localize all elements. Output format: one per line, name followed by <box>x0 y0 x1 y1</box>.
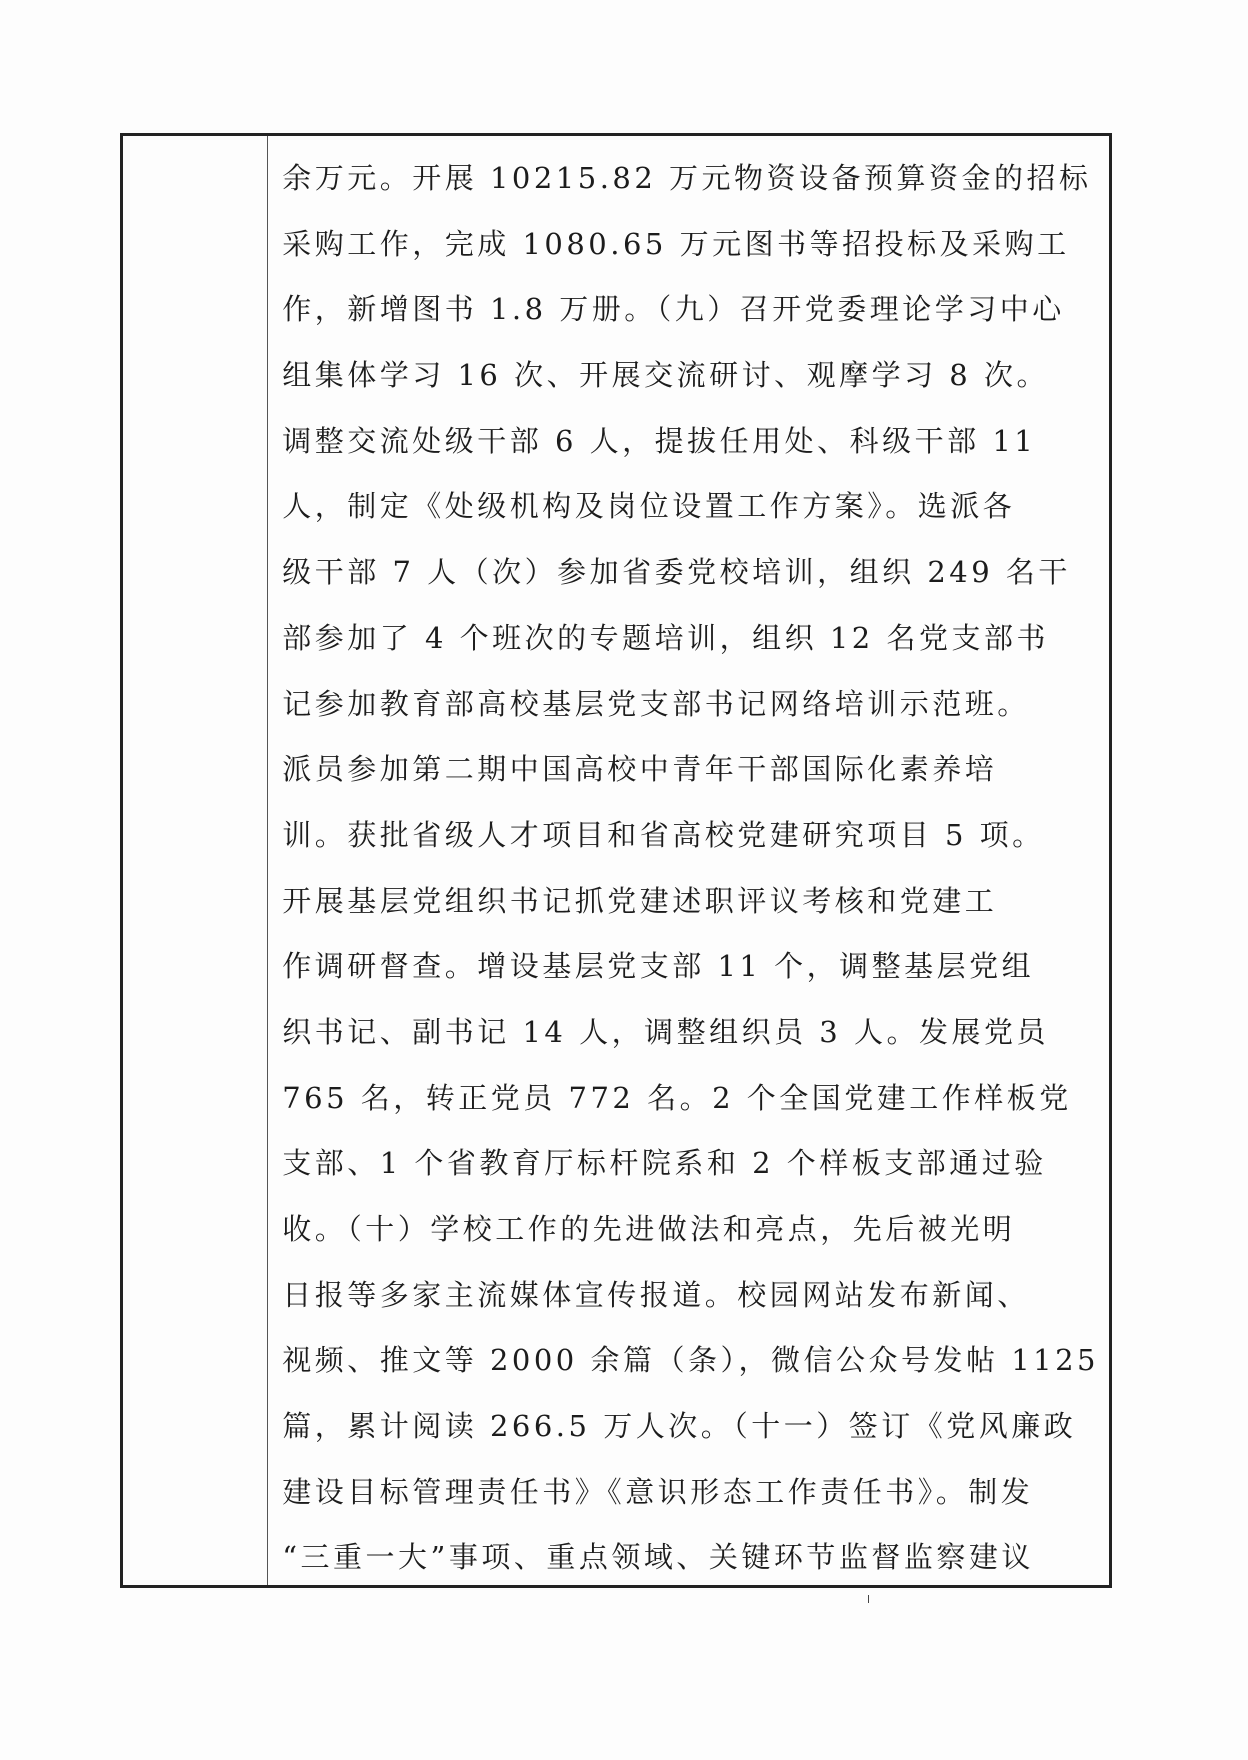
report-table: 余万元。开展 10215.82 万元物资设备预算资金的招标 采购工作，完成 10… <box>120 133 1112 1588</box>
text-line: 支部、1 个省教育厅标杆院系和 2 个样板支部通过验 <box>282 1131 1099 1197</box>
text-line: 建设目标管理责任书》《意识形态工作责任书》。制发 <box>282 1460 1099 1526</box>
table-content-cell: 余万元。开展 10215.82 万元物资设备预算资金的招标 采购工作，完成 10… <box>268 136 1109 1585</box>
text-line: 织书记、副书记 14 人，调整组织员 3 人。发展党员 <box>282 1000 1099 1066</box>
text-line: 收。（十）学校工作的先进做法和亮点，先后被光明 <box>282 1197 1099 1263</box>
text-line: 级干部 7 人（次）参加省委党校培训，组织 249 名干 <box>282 540 1099 606</box>
text-line: 开展基层党组织书记抓党建述职评议考核和党建工 <box>282 869 1099 935</box>
text-line: 日报等多家主流媒体宣传报道。校园网站发布新闻、 <box>282 1263 1099 1329</box>
text-line: 视频、推文等 2000 余篇（条），微信公众号发帖 1125 <box>282 1328 1099 1394</box>
text-line: 采购工作，完成 1080.65 万元图书等招投标及采购工 <box>282 212 1099 278</box>
text-line: 人，制定《处级机构及岗位设置工作方案》。选派各 <box>282 474 1099 540</box>
text-line: 部参加了 4 个班次的专题培训，组织 12 名党支部书 <box>282 606 1099 672</box>
text-line: 派员参加第二期中国高校中青年干部国际化素养培 <box>282 737 1099 803</box>
text-line: 作，新增图书 1.8 万册。（九）召开党委理论学习中心 <box>282 277 1099 343</box>
text-line: 余万元。开展 10215.82 万元物资设备预算资金的招标 <box>282 146 1099 212</box>
scan-mark <box>868 1595 869 1603</box>
text-line: “三重一大”事项、重点领域、关键环节监督监察建议 <box>282 1525 1099 1591</box>
text-line: 组集体学习 16 次、开展交流研讨、观摩学习 8 次。 <box>282 343 1099 409</box>
text-line: 调整交流处级干部 6 人，提拔任用处、科级干部 11 <box>282 409 1099 475</box>
table-left-cell <box>123 136 268 1585</box>
text-line: 765 名，转正党员 772 名。2 个全国党建工作样板党 <box>282 1066 1099 1132</box>
text-line: 记参加教育部高校基层党支部书记网络培训示范班。 <box>282 672 1099 738</box>
text-line: 篇，累计阅读 266.5 万人次。（十一）签订《党风廉政 <box>282 1394 1099 1460</box>
text-line: 作调研督查。增设基层党支部 11 个，调整基层党组 <box>282 934 1099 1000</box>
text-line: 训。获批省级人才项目和省高校党建研究项目 5 项。 <box>282 803 1099 869</box>
